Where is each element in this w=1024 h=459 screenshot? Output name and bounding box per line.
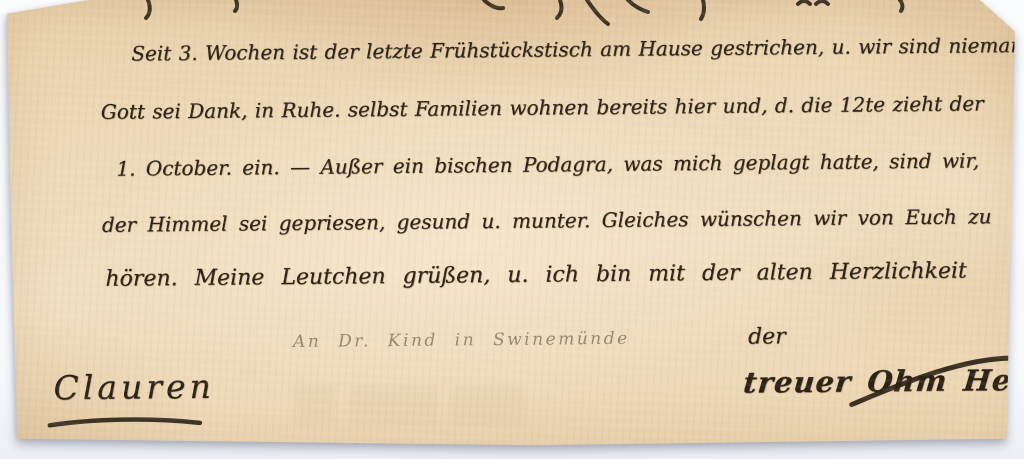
letter-body: Seit 3. Wochen ist der letzte Frühstücks… — [0, 0, 1024, 459]
letter-line-1: Seit 3. Wochen ist der letzte Frühstücks… — [131, 33, 1024, 66]
letter-line-4: der Himmel sei gepriesen, gesund u. munt… — [102, 204, 992, 237]
letter-line-3: 1. October. ein. — Außer ein bischen Pod… — [116, 148, 979, 180]
docket-name: Clauren — [53, 367, 215, 408]
paper-slip: Seit 3. Wochen ist der letzte Frühstücks… — [0, 0, 1024, 459]
letter-line-2: Gott sei Dank, in Ruhe. selbst Familien … — [101, 91, 984, 123]
signature: treuer Ohm Heun. — [742, 363, 1024, 400]
letter-line-5: hören. Meine Leutchen grüßen, u. ich bin… — [105, 259, 967, 292]
closing-word: der — [748, 324, 786, 349]
pencil-address-note: An Dr. Kind in Swinemünde — [293, 329, 630, 352]
letter-scan: Seit 3. Wochen ist der letzte Frühstücks… — [0, 0, 1024, 459]
